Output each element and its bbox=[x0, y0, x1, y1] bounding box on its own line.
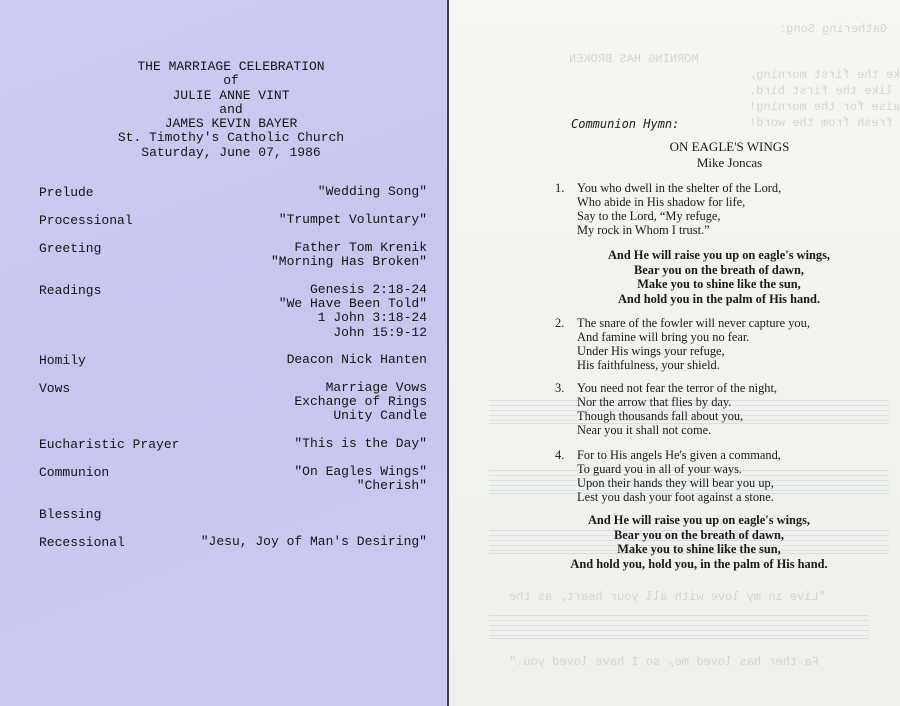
verse-line: Under His wings your refuge, bbox=[577, 344, 810, 358]
program-item-detail: "This is the Day" bbox=[294, 437, 427, 451]
verse-lines: You who dwell in the shelter of the Lord… bbox=[577, 181, 781, 237]
refrain-line: And He will raise you up on eagle's wing… bbox=[549, 513, 849, 528]
verse-lines: The snare of the fowler will never captu… bbox=[577, 316, 810, 372]
program-item-details: "Trumpet Voluntary" bbox=[279, 213, 427, 227]
program-item-details: "On Eagles Wings""Cherish" bbox=[294, 465, 427, 493]
verse-line: To guard you in all of your ways. bbox=[577, 462, 781, 476]
refrain-line: And hold you in the palm of His hand. bbox=[569, 292, 869, 307]
communion-hymn-label: Communion Hymn: bbox=[571, 117, 679, 131]
verse-line: Say to the Lord, “My refuge, bbox=[577, 209, 781, 223]
program-item-detail: "Cherish" bbox=[294, 479, 427, 493]
program-item-label: Readings bbox=[39, 283, 101, 298]
verse-line: You need not fear the terror of the nigh… bbox=[577, 381, 777, 395]
verse-line: Upon their hands they will bear you up, bbox=[577, 476, 781, 490]
verse-number: 1. bbox=[555, 181, 564, 195]
program-item-detail: Unity Candle bbox=[294, 409, 427, 423]
program-item-label: Communion bbox=[39, 465, 109, 480]
ceremony-title: THE MARRIAGE CELEBRATION bbox=[100, 60, 362, 74]
refrain-line: Bear you on the breath of dawn, bbox=[569, 263, 869, 278]
verse-line: The snare of the fowler will never captu… bbox=[577, 316, 810, 330]
program-item-details: Father Tom Krenik"Morning Has Broken" bbox=[271, 241, 427, 269]
program-item-detail: "Trumpet Voluntary" bbox=[279, 213, 427, 227]
verse-line: Lest you dash your foot against a stone. bbox=[577, 490, 781, 504]
church-name: St. Timothy's Catholic Church bbox=[100, 131, 362, 145]
ceremony-date: Saturday, June 07, 1986 bbox=[100, 146, 362, 160]
ceremony-title-block: THE MARRIAGE CELEBRATION of JULIE ANNE V… bbox=[100, 60, 362, 160]
program-item-label: Homily bbox=[39, 353, 86, 368]
program-item-details: Marriage VowsExchange of RingsUnity Cand… bbox=[294, 381, 427, 424]
program-item-detail: "We Have Been Told" bbox=[279, 297, 427, 311]
program-item-label: Blessing bbox=[39, 507, 101, 522]
program-item-detail: Genesis 2:18-24 bbox=[279, 283, 427, 297]
program-item-details: Genesis 2:18-24"We Have Been Told"1 John… bbox=[279, 283, 427, 340]
program-item-detail: Deacon Nick Hanten bbox=[287, 353, 427, 367]
program-item-detail: Marriage Vows bbox=[294, 381, 427, 395]
program-item-detail: "Jesu, Joy of Man's Desiring" bbox=[201, 535, 427, 549]
program-item-details: "Jesu, Joy of Man's Desiring" bbox=[201, 535, 427, 549]
program-item-detail: "Wedding Song" bbox=[318, 185, 427, 199]
program-item-details: Deacon Nick Hanten bbox=[287, 353, 427, 367]
bride-name: JULIE ANNE VINT bbox=[100, 89, 362, 103]
verse-line: Though thousands fall about you, bbox=[577, 409, 777, 423]
verse-line: For to His angels He's given a command, bbox=[577, 448, 781, 462]
verse-line: Nor the arrow that flies by day. bbox=[577, 395, 777, 409]
program-item-detail: Father Tom Krenik bbox=[271, 241, 427, 255]
program-page: THE MARRIAGE CELEBRATION of JULIE ANNE V… bbox=[0, 0, 449, 706]
program-item-label: Greeting bbox=[39, 241, 101, 256]
program-item-label: Vows bbox=[39, 381, 70, 396]
verse-lines: You need not fear the terror of the nigh… bbox=[577, 381, 777, 437]
refrain-line: And He will raise you up on eagle's wing… bbox=[569, 248, 869, 263]
hymn-title: ON EAGLE'S WINGS bbox=[449, 139, 900, 155]
program-item-label: Recessional bbox=[39, 535, 125, 550]
verse-line: Near you it shall not come. bbox=[577, 423, 777, 437]
program-item-details: "This is the Day" bbox=[294, 437, 427, 451]
verse-number: 4. bbox=[555, 448, 564, 462]
hymn-page: Gathering Song: MORNING HAS BROKEN 1. Mo… bbox=[449, 0, 900, 706]
program-item-detail: Exchange of Rings bbox=[294, 395, 427, 409]
refrain-line: Bear you on the breath of dawn, bbox=[549, 528, 849, 543]
program-item-details: "Wedding Song" bbox=[318, 185, 427, 199]
groom-name: JAMES KEVIN BAYER bbox=[100, 117, 362, 131]
verse-line: Who abide in His shadow for life, bbox=[577, 195, 781, 209]
hymn-refrain: And He will raise you up on eagle's wing… bbox=[569, 248, 869, 306]
verse-lines: For to His angels He's given a command,T… bbox=[577, 448, 781, 504]
refrain-line: And hold you, hold you, in the palm of H… bbox=[549, 557, 849, 572]
program-item-label: Prelude bbox=[39, 185, 94, 200]
program-item-detail: "Morning Has Broken" bbox=[271, 255, 427, 269]
program-item-label: Eucharistic Prayer bbox=[39, 437, 179, 452]
hymn-refrain: And He will raise you up on eagle's wing… bbox=[549, 513, 849, 571]
program-item-detail: 1 John 3:18-24 bbox=[279, 311, 427, 325]
verse-line: My rock in Whom I trust.” bbox=[577, 223, 781, 237]
verse-line: You who dwell in the shelter of the Lord… bbox=[577, 181, 781, 195]
verse-line: His faithfulness, your shield. bbox=[577, 358, 810, 372]
program-item-detail: "On Eagles Wings" bbox=[294, 465, 427, 479]
refrain-line: Make you to shine like the sun, bbox=[569, 277, 869, 292]
verse-number: 3. bbox=[555, 381, 564, 395]
program-item-label: Processional bbox=[39, 213, 133, 228]
verse-line: And famine will bring you no fear. bbox=[577, 330, 810, 344]
program-item-detail: John 15:9-12 bbox=[279, 326, 427, 340]
hymn-author: Mike Joncas bbox=[449, 155, 900, 171]
title-and: and bbox=[100, 103, 362, 117]
title-of: of bbox=[100, 74, 362, 88]
refrain-line: Make you to shine like the sun, bbox=[549, 542, 849, 557]
verse-number: 2. bbox=[555, 316, 564, 330]
